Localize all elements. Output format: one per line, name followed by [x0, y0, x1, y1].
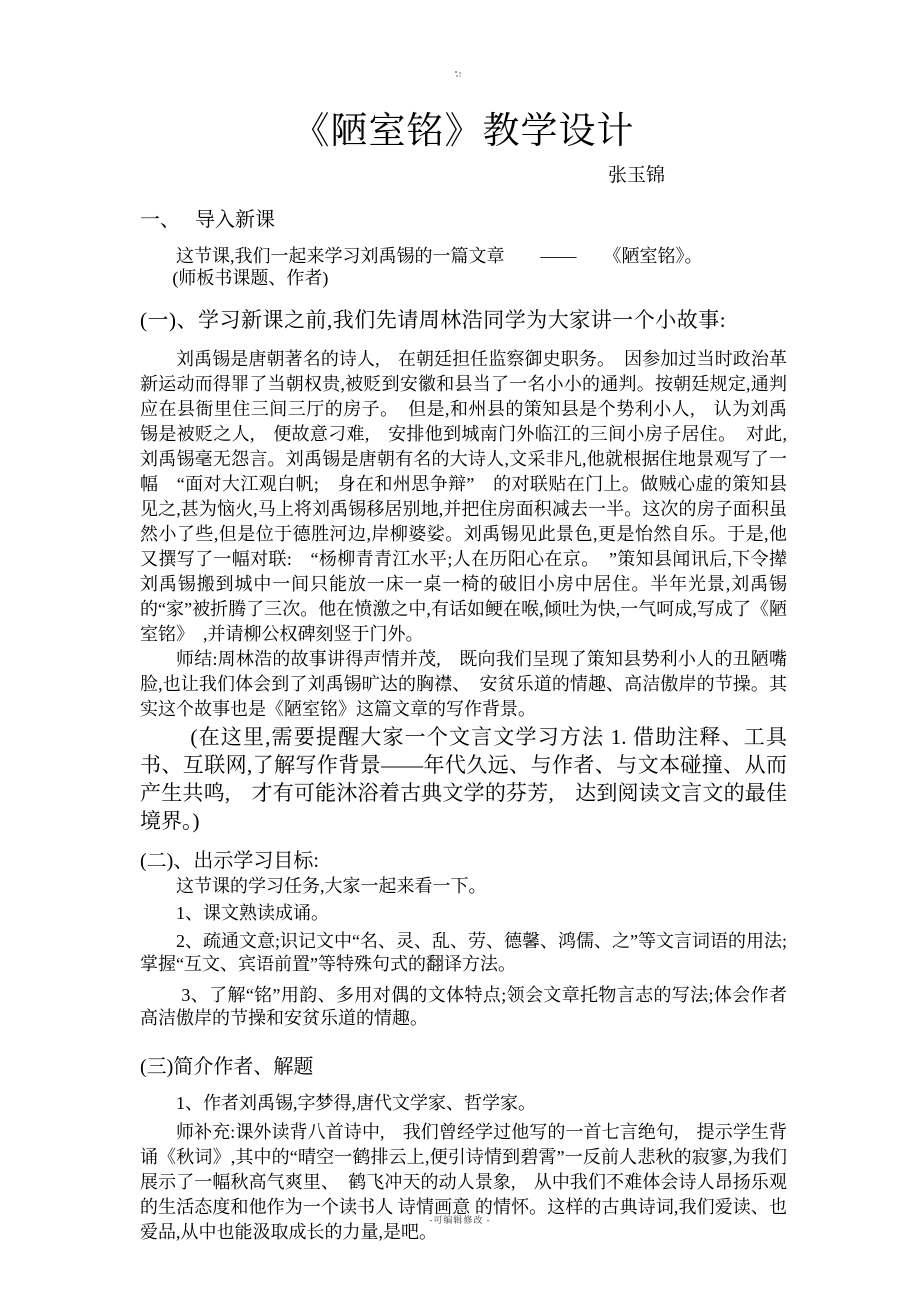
section-heading-part2: (二)、出示学习目标: — [140, 844, 787, 873]
section-heading-part3: (三)简介作者、解题 — [140, 1050, 787, 1079]
section-heading-intro: 一、 导入新课 — [140, 203, 787, 232]
section-heading-part1: (一)、学习新课之前,我们先请周林浩同学为大家讲一个小故事: — [140, 304, 787, 334]
document-title: 《陋室铭》教学设计 — [140, 100, 787, 154]
story-paragraph: 刘禹锡是唐朝著名的诗人, 在朝廷担任监察御史职务。 因参加过当时政治革新运动而得… — [140, 347, 787, 647]
goals-lead: 这节课的学习任务,大家一起来看一下。 — [140, 875, 787, 897]
page-footer-watermark: -可编辑修改 - — [0, 1213, 920, 1226]
teacher-summary-paragraph: 师结:周林浩的故事讲得声情并茂, 既向我们呈现了策知县势利小人的丑陋嘴脸,也让我… — [140, 647, 787, 722]
intro-note: (师板书课题、作者) — [140, 267, 787, 289]
author-name: 张玉锦 — [140, 160, 665, 187]
author-info-paragraph: 1、作者刘禹锡,字梦得,唐代文学家、哲学家。 — [140, 1092, 787, 1115]
intro-paragraph: 这节课,我们一起来学习刘禹锡的一篇文章 —— 《陋室铭》。 — [140, 245, 787, 267]
goal-item-2: 2、疏通文意;识记文中“名、灵、乱、劳、德馨、鸿儒、之”等文言词语的用法;掌握“… — [140, 930, 787, 976]
method-note-paragraph: (在这里,需要提醒大家一个文言文学习方法 1. 借助注释、工具书、互联网,了解写… — [140, 723, 787, 835]
goal-item-1: 1、课文熟读成诵。 — [140, 902, 787, 925]
teacher-supplement-paragraph: 师补充:课外读背八首诗中, 我们曾经学过他写的一首七言绝句, 提示学生背诵《秋词… — [140, 1120, 787, 1245]
goal-item-3: 3、了解“铭”用韵、多用对偶的文体特点;领会文章托物言志的写法;体会作者高洁傲岸… — [140, 984, 787, 1030]
document-page: 《陋室铭》教学设计 张玉锦 一、 导入新课 这节课,我们一起来学习刘禹锡的一篇文… — [140, 0, 787, 1245]
